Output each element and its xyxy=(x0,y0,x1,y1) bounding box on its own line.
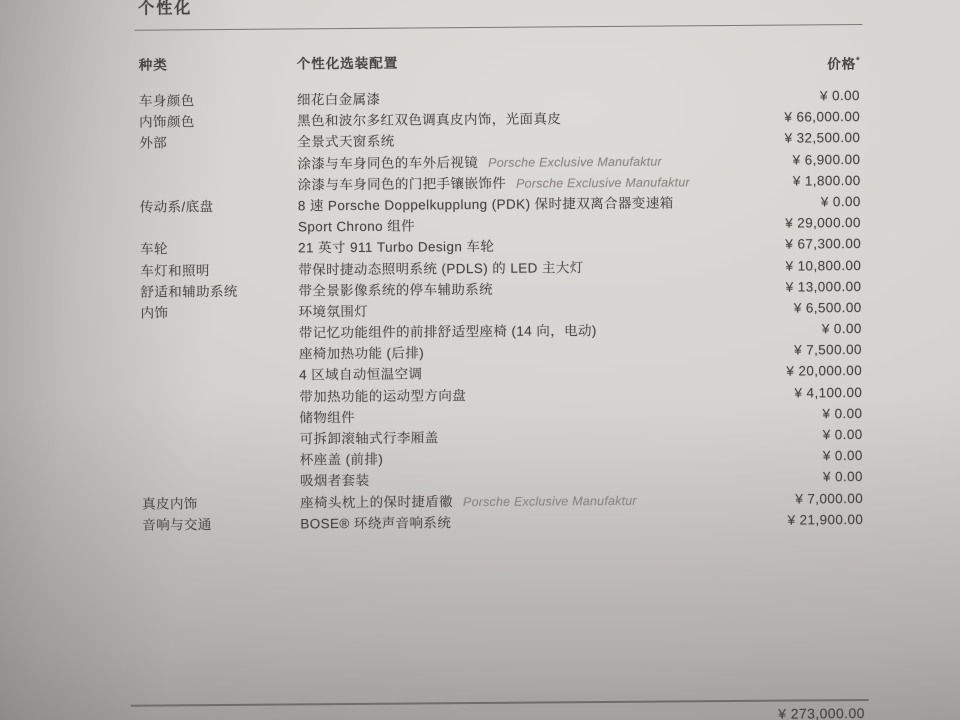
price-value: ¥ 1,800.00 xyxy=(793,170,861,192)
option-label: 带保时捷动态照明系统 (PDLS) 的 LED 主大灯 xyxy=(298,257,583,280)
option-text: Sport Chrono 组件 xyxy=(298,219,415,235)
header-price-label: 价格 xyxy=(827,57,856,72)
option-text: 21 英寸 911 Turbo Design 车轮 xyxy=(298,239,494,256)
price-value: ¥ 13,000.00 xyxy=(786,276,862,298)
price-value: ¥ 6,500.00 xyxy=(794,297,862,319)
option-label: 8 速 Porsche Doppelkupplung (PDK) 保时捷双离合器… xyxy=(298,192,674,216)
category-label: 车身颜色 xyxy=(139,90,195,112)
table-body: 车身颜色 细花白金属漆 ¥ 0.00 内饰颜色 黑色和波尔多红双色调真皮内饰，光… xyxy=(0,84,960,536)
section-title: 个性化 xyxy=(138,0,192,19)
option-text: 带全景影像系统的停车辅助系统 xyxy=(298,282,493,299)
header-option: 个性化选装配置 xyxy=(297,55,399,74)
option-text: 涂漆与车身同色的门把手镶嵌饰件 xyxy=(298,176,507,193)
option-label: 座椅加热功能 (后排) xyxy=(299,343,424,365)
option-text: 8 速 Porsche Doppelkupplung (PDK) 保时捷双离合器… xyxy=(298,195,674,213)
price-value: ¥ 0.00 xyxy=(820,85,860,107)
option-text: 黑色和波尔多红双色调真皮内饰，光面真皮 xyxy=(297,112,561,129)
price-value: ¥ 67,300.00 xyxy=(785,233,861,255)
category-label: 外部 xyxy=(139,133,167,154)
option-label: 全景式天窗系统 xyxy=(297,131,394,153)
option-label: BOSE® 环绕声音响系统 xyxy=(300,512,451,534)
option-label: 吸烟者套装 xyxy=(300,470,370,492)
category-label: 音响与交通 xyxy=(142,514,212,536)
price-value: ¥ 7,000.00 xyxy=(795,488,863,510)
option-text: 带记忆功能组件的前排舒适型座椅 (14 向，电动) xyxy=(299,323,597,340)
price-value: ¥ 10,800.00 xyxy=(785,255,861,277)
option-text: 吸烟者套装 xyxy=(300,473,370,489)
option-text: 座椅头枕上的保时捷盾徽 xyxy=(300,494,453,510)
option-text: 储物组件 xyxy=(299,410,355,425)
price-value: ¥ 0.00 xyxy=(822,403,862,425)
price-value: ¥ 20,000.00 xyxy=(786,360,862,382)
option-label: 环境氛围灯 xyxy=(299,301,369,323)
option-label: 可拆卸滚轴式行李厢盖 xyxy=(300,427,439,449)
option-label: 21 英寸 911 Turbo Design 车轮 xyxy=(298,236,494,259)
option-label: 储物组件 xyxy=(299,407,355,429)
category-label: 车灯和照明 xyxy=(140,260,210,282)
option-label: 带加热功能的运动型方向盘 xyxy=(299,385,466,408)
table-header: 种类 个性化选装配置 价格* xyxy=(0,50,958,76)
price-value: ¥ 7,500.00 xyxy=(794,339,862,361)
option-text: 环境氛围灯 xyxy=(299,304,369,320)
category-label: 内饰颜色 xyxy=(139,111,195,133)
option-text: 带保时捷动态照明系统 (PDLS) 的 LED 主大灯 xyxy=(298,260,583,277)
price-value: ¥ 0.00 xyxy=(823,445,863,467)
option-text: 带加热功能的运动型方向盘 xyxy=(299,388,466,404)
option-text: 细花白金属漆 xyxy=(297,92,381,108)
top-divider xyxy=(134,24,862,31)
option-text: BOSE® 环绕声音响系统 xyxy=(300,515,451,531)
bottom-divider xyxy=(131,699,869,706)
option-label: 带全景影像系统的停车辅助系统 xyxy=(298,279,493,302)
price-value: ¥ 0.00 xyxy=(822,318,862,340)
option-label: 4 区域自动恒温空调 xyxy=(299,364,422,386)
price-value: ¥ 21,900.00 xyxy=(787,509,863,531)
total-price: ¥ 273,000.00 xyxy=(778,705,865,720)
category-label: 车轮 xyxy=(140,239,168,260)
price-footnote-mark: * xyxy=(856,55,860,65)
option-label: Sport Chrono 组件 xyxy=(298,216,415,238)
category-label: 传动系/底盘 xyxy=(140,196,214,218)
price-value: ¥ 29,000.00 xyxy=(785,212,861,234)
option-label: 细花白金属漆 xyxy=(297,89,381,111)
price-value: ¥ 6,900.00 xyxy=(793,149,861,171)
option-text: 4 区域自动恒温空调 xyxy=(299,367,422,383)
option-text: 座椅加热功能 (后排) xyxy=(299,346,424,362)
category-label: 舒适和辅助系统 xyxy=(140,281,237,303)
price-value: ¥ 0.00 xyxy=(821,191,861,213)
exclusive-manufaktur-tag: Porsche Exclusive Manufaktur xyxy=(463,493,637,508)
option-text: 涂漆与车身同色的车外后视镜 xyxy=(297,155,478,171)
category-label: 内饰 xyxy=(141,302,169,323)
option-text: 可拆卸滚轴式行李厢盖 xyxy=(300,430,439,446)
exclusive-manufaktur-tag: Porsche Exclusive Manufaktur xyxy=(488,154,662,169)
price-value: ¥ 66,000.00 xyxy=(784,106,860,128)
option-label: 带记忆功能组件的前排舒适型座椅 (14 向，电动) xyxy=(299,320,597,344)
option-text: 杯座盖 (前排) xyxy=(300,452,384,468)
price-value: ¥ 32,500.00 xyxy=(784,127,860,149)
price-value: ¥ 4,100.00 xyxy=(794,382,862,404)
category-label: 真皮内饰 xyxy=(142,493,198,515)
price-value: ¥ 0.00 xyxy=(823,424,863,446)
option-label: 黑色和波尔多红双色调真皮内饰，光面真皮 xyxy=(297,109,561,132)
price-value: ¥ 0.00 xyxy=(823,466,863,488)
header-category: 种类 xyxy=(139,56,168,74)
option-label: 杯座盖 (前排) xyxy=(300,449,384,471)
price-sheet: 个性化 种类 个性化选装配置 价格* 车身颜色 细花白金属漆 ¥ 0.00 内饰… xyxy=(0,0,960,720)
header-price: 价格* xyxy=(827,51,860,74)
option-text: 全景式天窗系统 xyxy=(297,134,394,150)
document-photo: 个性化 种类 个性化选装配置 价格* 车身颜色 细花白金属漆 ¥ 0.00 内饰… xyxy=(0,0,960,720)
exclusive-manufaktur-tag: Porsche Exclusive Manufaktur xyxy=(516,175,690,190)
